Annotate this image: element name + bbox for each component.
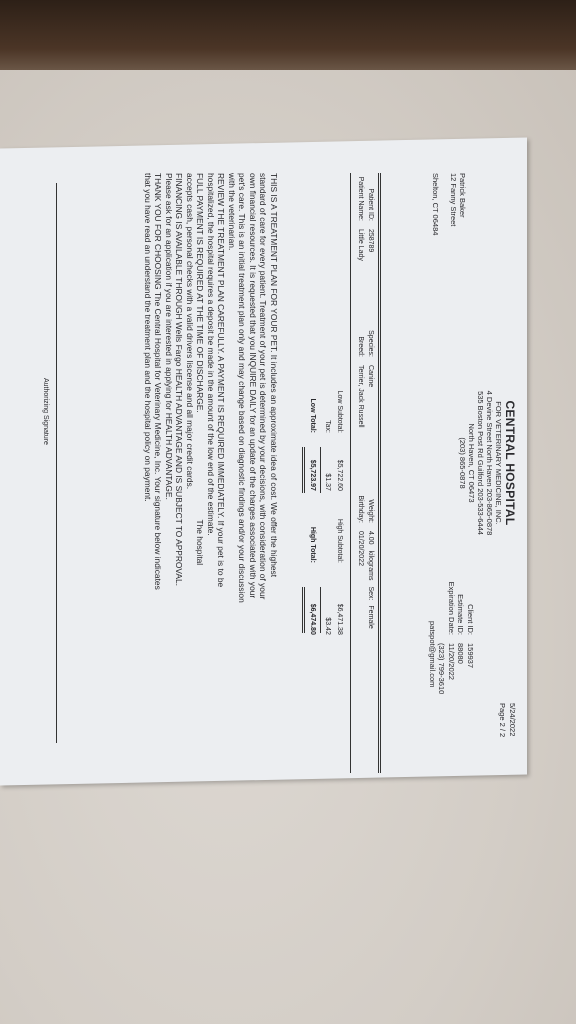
terms-line: REVIEW THE TREATMENT PLAN CAREFULLY. A P… [216, 173, 227, 753]
divider-top-double [378, 173, 379, 773]
client-phone: (323) 799-3610 [437, 643, 447, 694]
patient-id-label: Patient ID: [365, 173, 375, 221]
date-block: 5/24/2022 Page 2 / 2 [497, 703, 517, 737]
breed: Terrier, Jack Russell [357, 365, 364, 428]
weight: 4.00 [367, 531, 374, 545]
divider-top [380, 173, 381, 773]
divider-bottom [350, 173, 351, 773]
high-subtotal-label: High Subtotal: [334, 493, 345, 563]
hospital-header: CENTRAL HOSPITAL FOR VETERINARY MEDICINE… [458, 343, 517, 583]
breed-label: Breed: [355, 323, 365, 357]
weight-label: Weight: [365, 483, 375, 523]
high-total-label: High Total: [307, 493, 318, 563]
terms-line: own financial resources. It is requested… [248, 173, 259, 753]
terms-line: that you have read an understand the tre… [143, 173, 154, 753]
patient-name-label: Patient Name: [355, 173, 365, 221]
hospital-address-2: 535 Boston Post Rd Guilford 203-533-6444 [476, 343, 485, 583]
terms-line: FINANCING IS AVAILABLE THROUGH Wells Far… [174, 173, 185, 753]
tax-label: Tax: [322, 363, 333, 433]
terms-line: pet's care. This is an initial treatment… [237, 173, 248, 753]
terms-line: THANK YOU FOR CHOOSING The Central Hospi… [153, 173, 164, 753]
client-phone-row: (323) 799-3610 [437, 573, 447, 694]
low-subtotal: $5,722.60 [334, 435, 345, 491]
hospital-phone: (203) 865-0878 [458, 343, 467, 583]
birthday-label: Birthday: [355, 483, 365, 523]
expiration-date-row: Expiration Date: 11/20/2022 [447, 573, 457, 694]
client-city: Shelton, CT 06484 [431, 173, 440, 235]
client-id-label: Client ID: [466, 573, 476, 635]
expiration-date-value: 11/20/2022 [447, 643, 457, 680]
high-tax: $3.42 [322, 565, 333, 635]
client-id-row: Client ID: 159937 [466, 573, 476, 694]
sex-label: Sex: [367, 586, 374, 600]
low-total-label: Low Total: [307, 363, 318, 433]
signature-label: Authorizing Signature [42, 378, 49, 445]
low-tax-rule [320, 447, 321, 493]
signature-line [56, 183, 57, 743]
hospital-subtitle: FOR VETERINARY MEDICINE, INC. [494, 343, 503, 583]
terms-line: THIS IS A TREATMENT PLAN FOR YOUR PET. I… [269, 173, 280, 753]
high-total-rule-double [302, 587, 303, 633]
expiration-date-label: Expiration Date: [447, 573, 457, 635]
estimate-id-label: Estimate ID: [456, 573, 466, 635]
client-email-row: patspot@gmail.com [428, 573, 438, 694]
low-total-rule [304, 447, 305, 493]
estimate-id-value: 88080 [456, 643, 466, 664]
treatment-plan-document: CENTRAL HOSPITAL FOR VETERINARY MEDICINE… [7, 143, 527, 783]
birthday: 01/20/2022 [357, 531, 364, 566]
patient-id: 258789 [367, 229, 374, 252]
estimate-id-row: Estimate ID: 88080 [456, 573, 466, 694]
terms-line: accepts cash, personal checks with a val… [185, 173, 196, 753]
species-label: Species: [365, 323, 375, 357]
species: Canine [367, 365, 374, 387]
client-name: Patrick Baker [458, 173, 467, 235]
hospital-address-3: North Haven, CT 06473 [467, 343, 476, 583]
terms-line: hospitalized, the hospital requires a de… [206, 173, 217, 753]
low-total: $5,723.97 [307, 435, 318, 491]
hospital-name: CENTRAL HOSPITAL [503, 343, 517, 583]
treatment-plan-terms: THIS IS A TREATMENT PLAN FOR YOUR PET. I… [143, 173, 280, 753]
client-street: 12 Fanny Street [449, 173, 458, 235]
low-tax: $1.37 [322, 435, 333, 491]
client-address: Patrick Baker 12 Fanny Street Shelton, C… [431, 173, 467, 235]
hospital-address-1: 4 Devine Street North Haven 203-865-0878 [485, 343, 494, 583]
client-id-value: 159937 [466, 643, 476, 668]
client-info: Client ID: 159937 Estimate ID: 88080 Exp… [428, 573, 476, 694]
patient-name: Little Lady [357, 229, 364, 261]
weight-unit: kilograms [367, 551, 374, 581]
spacer [437, 573, 447, 635]
document-date: 5/24/2022 [507, 703, 517, 737]
low-total-rule-double [302, 447, 303, 493]
terms-line: Please ask for an application if you are… [164, 173, 175, 753]
page-number: Page 2 / 2 [497, 703, 507, 737]
sex: Female [367, 605, 374, 628]
client-email: patspot@gmail.com [428, 621, 438, 687]
spacer [428, 573, 438, 613]
terms-line: standard of care for every patient. Trea… [258, 173, 269, 753]
high-tax-rule [320, 587, 321, 633]
low-subtotal-label: Low Subtotal: [334, 363, 345, 433]
terms-line: FULL PAYMENT IS REQUIRED AT THE TIME OF … [195, 173, 206, 753]
high-total-rule [304, 587, 305, 633]
high-subtotal: $6,471.38 [334, 565, 345, 635]
high-total: $6,474.80 [307, 565, 318, 635]
terms-line: with the veterinarian. [227, 173, 238, 753]
wood-background [0, 0, 576, 70]
